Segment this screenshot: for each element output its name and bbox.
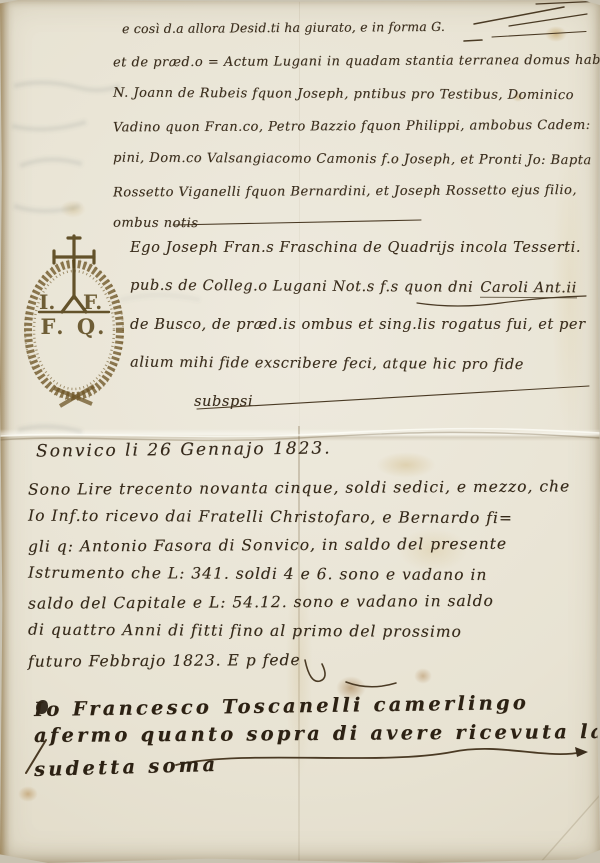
notary-line-2-text: pub.s de Colleg.o Lugani Not.s f.s quon … bbox=[130, 277, 473, 295]
receipt-line-3: gli q: Antonio Fasora di Sonvico, in sal… bbox=[28, 535, 570, 567]
dateline: Sonvico li 26 Gennajo 1823. bbox=[36, 438, 332, 461]
stain bbox=[545, 26, 567, 42]
notary-line-4: alium mihi fide exscribere feci, atque h… bbox=[130, 354, 586, 395]
stain bbox=[376, 452, 436, 478]
seal-letter-right: F. bbox=[83, 290, 102, 314]
receipt-paragraph: Sono Lire trecento novanta cinque, soldi… bbox=[28, 479, 570, 679]
receipt-line-1: Sono Lire trecento novanta cinque, soldi… bbox=[28, 477, 570, 509]
seal-letter-left: I. bbox=[39, 290, 55, 314]
stain bbox=[18, 786, 38, 802]
signature-paragraph: Io Francesco Toscanelli camerlingo aferm… bbox=[34, 694, 600, 778]
receipt-line-5: saldo del Capitale e L: 54.12. sono e va… bbox=[28, 592, 570, 624]
latin-line-1: et de præd.o = Actum Lugani in quadam st… bbox=[113, 53, 600, 88]
notary-subscription: Ego Joseph Fran.s Fraschina de Quadrijs … bbox=[130, 240, 586, 433]
latin-line-4: pini, Dom.co Valsangiacomo Camonis f.o J… bbox=[113, 150, 600, 185]
receipt-line-2: Io Inf.to ricevo dai Fratelli Christofar… bbox=[28, 506, 570, 537]
notarial-seal: I. F. F. Q. bbox=[24, 230, 124, 408]
notary-line-3: de Busco, de præd.is ombus et sing.lis r… bbox=[130, 317, 586, 356]
receipt-line-4: Istrumento che L: 341. soldi 4 e 6. sono… bbox=[28, 563, 570, 594]
manuscript-page: I. F. F. Q. e così d.a allora Desid.ti h… bbox=[0, 0, 600, 863]
receipt-line-7: futuro Febbrajo 1823. E p fede bbox=[28, 649, 570, 681]
notary-line-5: subspsi bbox=[194, 394, 586, 433]
underlined-name: Caroli Ant.ii bbox=[480, 279, 577, 298]
notary-line-1: Ego Joseph Fran.s Fraschina de Quadrijs … bbox=[130, 240, 586, 279]
seal-letters-bottom: F. Q. bbox=[34, 314, 114, 339]
header-line: e così d.a allora Desid.ti ha giurato, e… bbox=[122, 19, 445, 36]
receipt-line-6: di quattro Anni di fitti fino al primo d… bbox=[28, 621, 570, 652]
latin-line-5: Rossetto Viganelli fquon Bernardini, et … bbox=[113, 183, 600, 218]
latin-line-3: Vadino quon Fran.co, Petro Bazzio fquon … bbox=[113, 118, 600, 153]
stain bbox=[60, 200, 86, 218]
notary-line-2: pub.s de Colleg.o Lugani Not.s f.s quon … bbox=[130, 277, 586, 318]
latin-line-2: N. Joann de Rubeis fquon Joseph, pntibus… bbox=[113, 85, 600, 120]
latin-attestation: et de præd.o = Actum Lugani in quadam st… bbox=[113, 54, 600, 249]
